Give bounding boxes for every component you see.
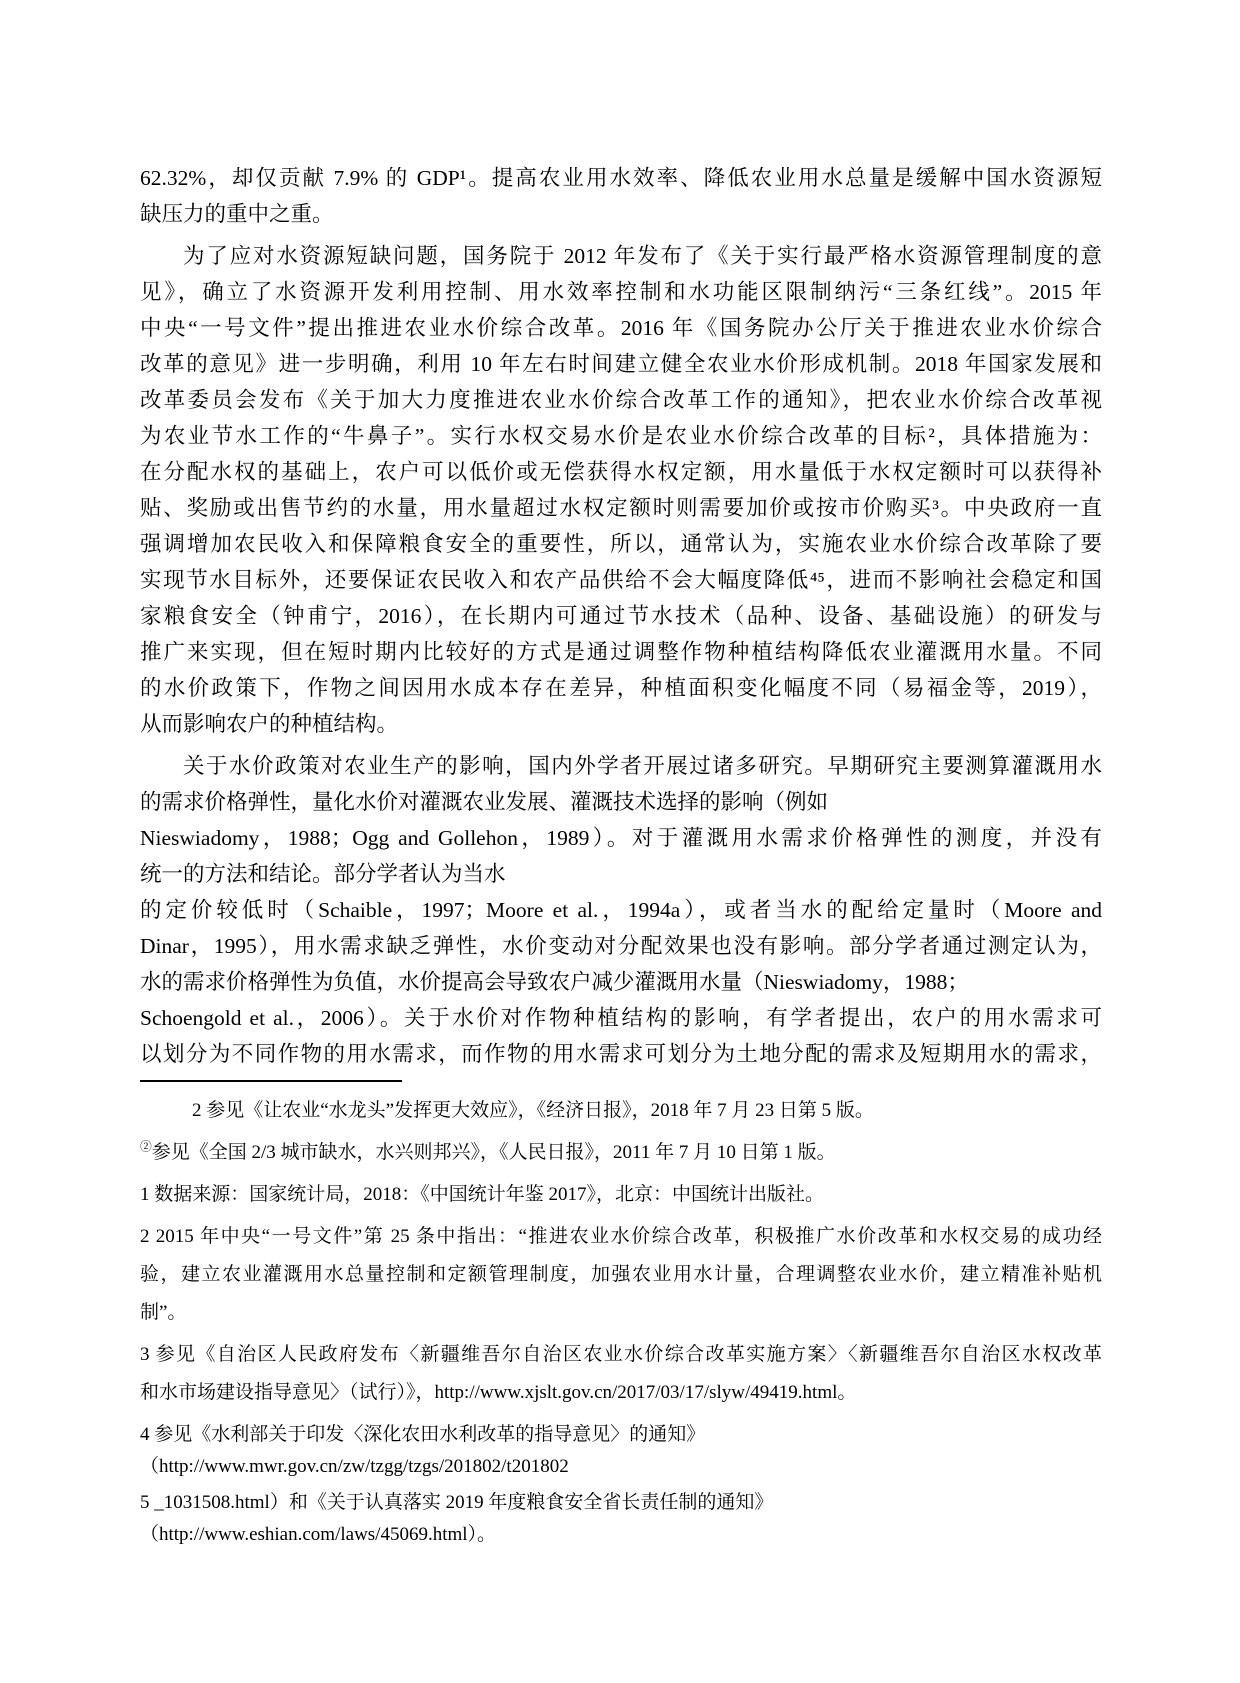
body-line: 见》，确立了水资源开发利用控制、用水效率控制和水功能区限制纳污“三条红线”。20…: [140, 274, 1102, 310]
footnote-line: 3 参见《自治区人民政府发布〈新疆维吾尔自治区农业水价综合改革实施方案〉〈新疆维…: [140, 1336, 1102, 1374]
footnote-line: 验，建立农业灌溉用水总量控制和定额管理制度，加强农业用水计量，合理调整农业水价，…: [140, 1256, 1102, 1294]
body-line: 实现节水目标外，还要保证农民收入和农产品供给不会大幅度降低⁴⁵，进而不影响社会稳…: [140, 562, 1102, 598]
footnote-line: 4 参见《水利部关于印发〈深化农田水利改革的指导意见〉的通知》: [140, 1416, 1102, 1454]
body-line: 改革的意见》进一步明确，利用 10 年左右时间建立健全农业水价形成机制。2018…: [140, 346, 1102, 382]
body-line: 水的需求价格弹性为负值，水价提高会导致农户减少灌溉用水量（Nieswiadomy…: [140, 964, 1102, 1000]
body-line: 的定价较低时（Schaible，1997；Moore et al.，1994a）…: [140, 892, 1102, 928]
footnote-peoples-daily: ②参见《全国 2/3 城市缺水，水兴则邦兴》，《人民日报》，2011 年 7 月…: [140, 1134, 1102, 1172]
body-line: 中央“一号文件”提出推进农业水价综合改革。2016 年《国务院办公厅关于推进农业…: [140, 310, 1102, 346]
body-line: 贴、奖励或出售节约的水量，用水量超过水权定额时则需要加价或按市价购买³。中央政府…: [140, 490, 1102, 526]
footnote-line: 和水市场建设指导意见〉（试行）》，http://www.xjslt.gov.cn…: [140, 1374, 1102, 1412]
body-line: 在分配水权的基础上，农户可以低价或无偿获得水权定额，用水量低于水权定额时可以获得…: [140, 454, 1102, 490]
footnote-marker: ②: [140, 1141, 152, 1154]
footnote-line: （http://www.eshian.com/laws/45069.html）。: [140, 1522, 1102, 1548]
document-page: 62.32%，却仅贡献 7.9% 的 GDP¹。提高农业用水效率、降低农业用水总…: [0, 0, 1240, 1683]
body-line: Dinar，1995），用水需求缺乏弹性，水价变动对分配效果也没有影响。部分学者…: [140, 928, 1102, 964]
body-line: 强调增加农民收入和保障粮食安全的重要性，所以，通常认为，实施农业水价综合改革除了…: [140, 526, 1102, 562]
footnote-no1-central-document: 2 2015 年中央“一号文件”第 25 条中指出：“推进农业水价综合改革，积极…: [140, 1218, 1102, 1332]
page-content: 62.32%，却仅贡献 7.9% 的 GDP¹。提高农业用水效率、降低农业用水总…: [140, 160, 1102, 1552]
body-line: 的水价政策下，作物之间因用水成本存在差异，种植面积变化幅度不同（易福金等，201…: [140, 670, 1102, 706]
footnote-economic-daily: 2 参见《让农业“水龙头”发挥更大效应》，《经济日报》，2018 年 7 月 2…: [140, 1092, 1102, 1130]
body-line: 以划分为不同作物的用水需求，而作物的用水需求可划分为土地分配的需求及短期用水的需…: [140, 1036, 1102, 1072]
footnote-line: 制”。: [140, 1294, 1102, 1332]
paragraph-literature-review: 关于水价政策对农业生产的影响，国内外学者开展过诸多研究。早期研究主要测算灌溉用水…: [140, 748, 1102, 1072]
footnote-line: （http://www.mwr.gov.cn/zw/tzgg/tzgs/2018…: [140, 1454, 1102, 1480]
body-line: 从而影响农户的种植结构。: [140, 706, 1102, 742]
body-line: 改革委员会发布《关于加大力度推进农业水价综合改革工作的通知》，把农业水价综合改革…: [140, 382, 1102, 418]
footnote-line: 2 2015 年中央“一号文件”第 25 条中指出：“推进农业水价综合改革，积极…: [140, 1218, 1102, 1256]
footnote-line: 1 数据来源：国家统计局，2018：《中国统计年鉴 2017》，北京：中国统计出…: [140, 1176, 1102, 1214]
body-line: 统一的方法和结论。部分学者认为当水: [140, 856, 1102, 892]
body-line: Nieswiadomy，1988；Ogg and Gollehon，1989）。…: [140, 820, 1102, 856]
body-line: 推广来实现，但在短时期内比较好的方式是通过调整作物种植结构降低农业灌溉用水量。不…: [140, 634, 1102, 670]
body-line: 的需求价格弹性，量化水价对灌溉农业发展、灌溉技术选择的影响（例如: [140, 784, 1102, 820]
footnote-mwr-notice: 4 参见《水利部关于印发〈深化农田水利改革的指导意见〉的通知》（http://w…: [140, 1416, 1102, 1480]
body-line: 关于水价政策对农业生产的影响，国内外学者开展过诸多研究。早期研究主要测算灌溉用水: [140, 748, 1102, 784]
footnote-grain-security-notice: 5 _1031508.html）和《关于认真落实 2019 年度粮食安全省长责任…: [140, 1484, 1102, 1548]
body-line: 62.32%，却仅贡献 7.9% 的 GDP¹。提高农业用水效率、降低农业用水总…: [140, 160, 1102, 196]
paragraph-gdp-continuation: 62.32%，却仅贡献 7.9% 的 GDP¹。提高农业用水效率、降低农业用水总…: [140, 160, 1102, 232]
footnotes-section: 2 参见《让农业“水龙头”发挥更大效应》，《经济日报》，2018 年 7 月 2…: [140, 1092, 1102, 1548]
body-line: 为农业节水工作的“牛鼻子”。实行水权交易水价是农业水价综合改革的目标²，具体措施…: [140, 418, 1102, 454]
paragraph-policy-background: 为了应对水资源短缺问题，国务院于 2012 年发布了《关于实行最严格水资源管理制…: [140, 238, 1102, 742]
footnote-data-source: 1 数据来源：国家统计局，2018：《中国统计年鉴 2017》，北京：中国统计出…: [140, 1176, 1102, 1214]
body-line: 缺压力的重中之重。: [140, 196, 1102, 232]
footnote-line: 2 参见《让农业“水龙头”发挥更大效应》，《经济日报》，2018 年 7 月 2…: [140, 1092, 1102, 1130]
body-line: 家粮食安全（钟甫宁，2016），在长期内可通过节水技术（品种、设备、基础设施）的…: [140, 598, 1102, 634]
body-line: 为了应对水资源短缺问题，国务院于 2012 年发布了《关于实行最严格水资源管理制…: [140, 238, 1102, 274]
body-line: Schoengold et al.，2006）。关于水价对作物种植结构的影响，有…: [140, 1000, 1102, 1036]
body-text: 62.32%，却仅贡献 7.9% 的 GDP¹。提高农业用水效率、降低农业用水总…: [140, 160, 1102, 1072]
footnote-line: ②参见《全国 2/3 城市缺水，水兴则邦兴》，《人民日报》，2011 年 7 月…: [140, 1134, 1102, 1172]
footnote-xinjiang-plan: 3 参见《自治区人民政府发布〈新疆维吾尔自治区农业水价综合改革实施方案〉〈新疆维…: [140, 1336, 1102, 1412]
footnote-separator: [140, 1080, 402, 1082]
footnote-line: 5 _1031508.html）和《关于认真落实 2019 年度粮食安全省长责任…: [140, 1484, 1102, 1522]
